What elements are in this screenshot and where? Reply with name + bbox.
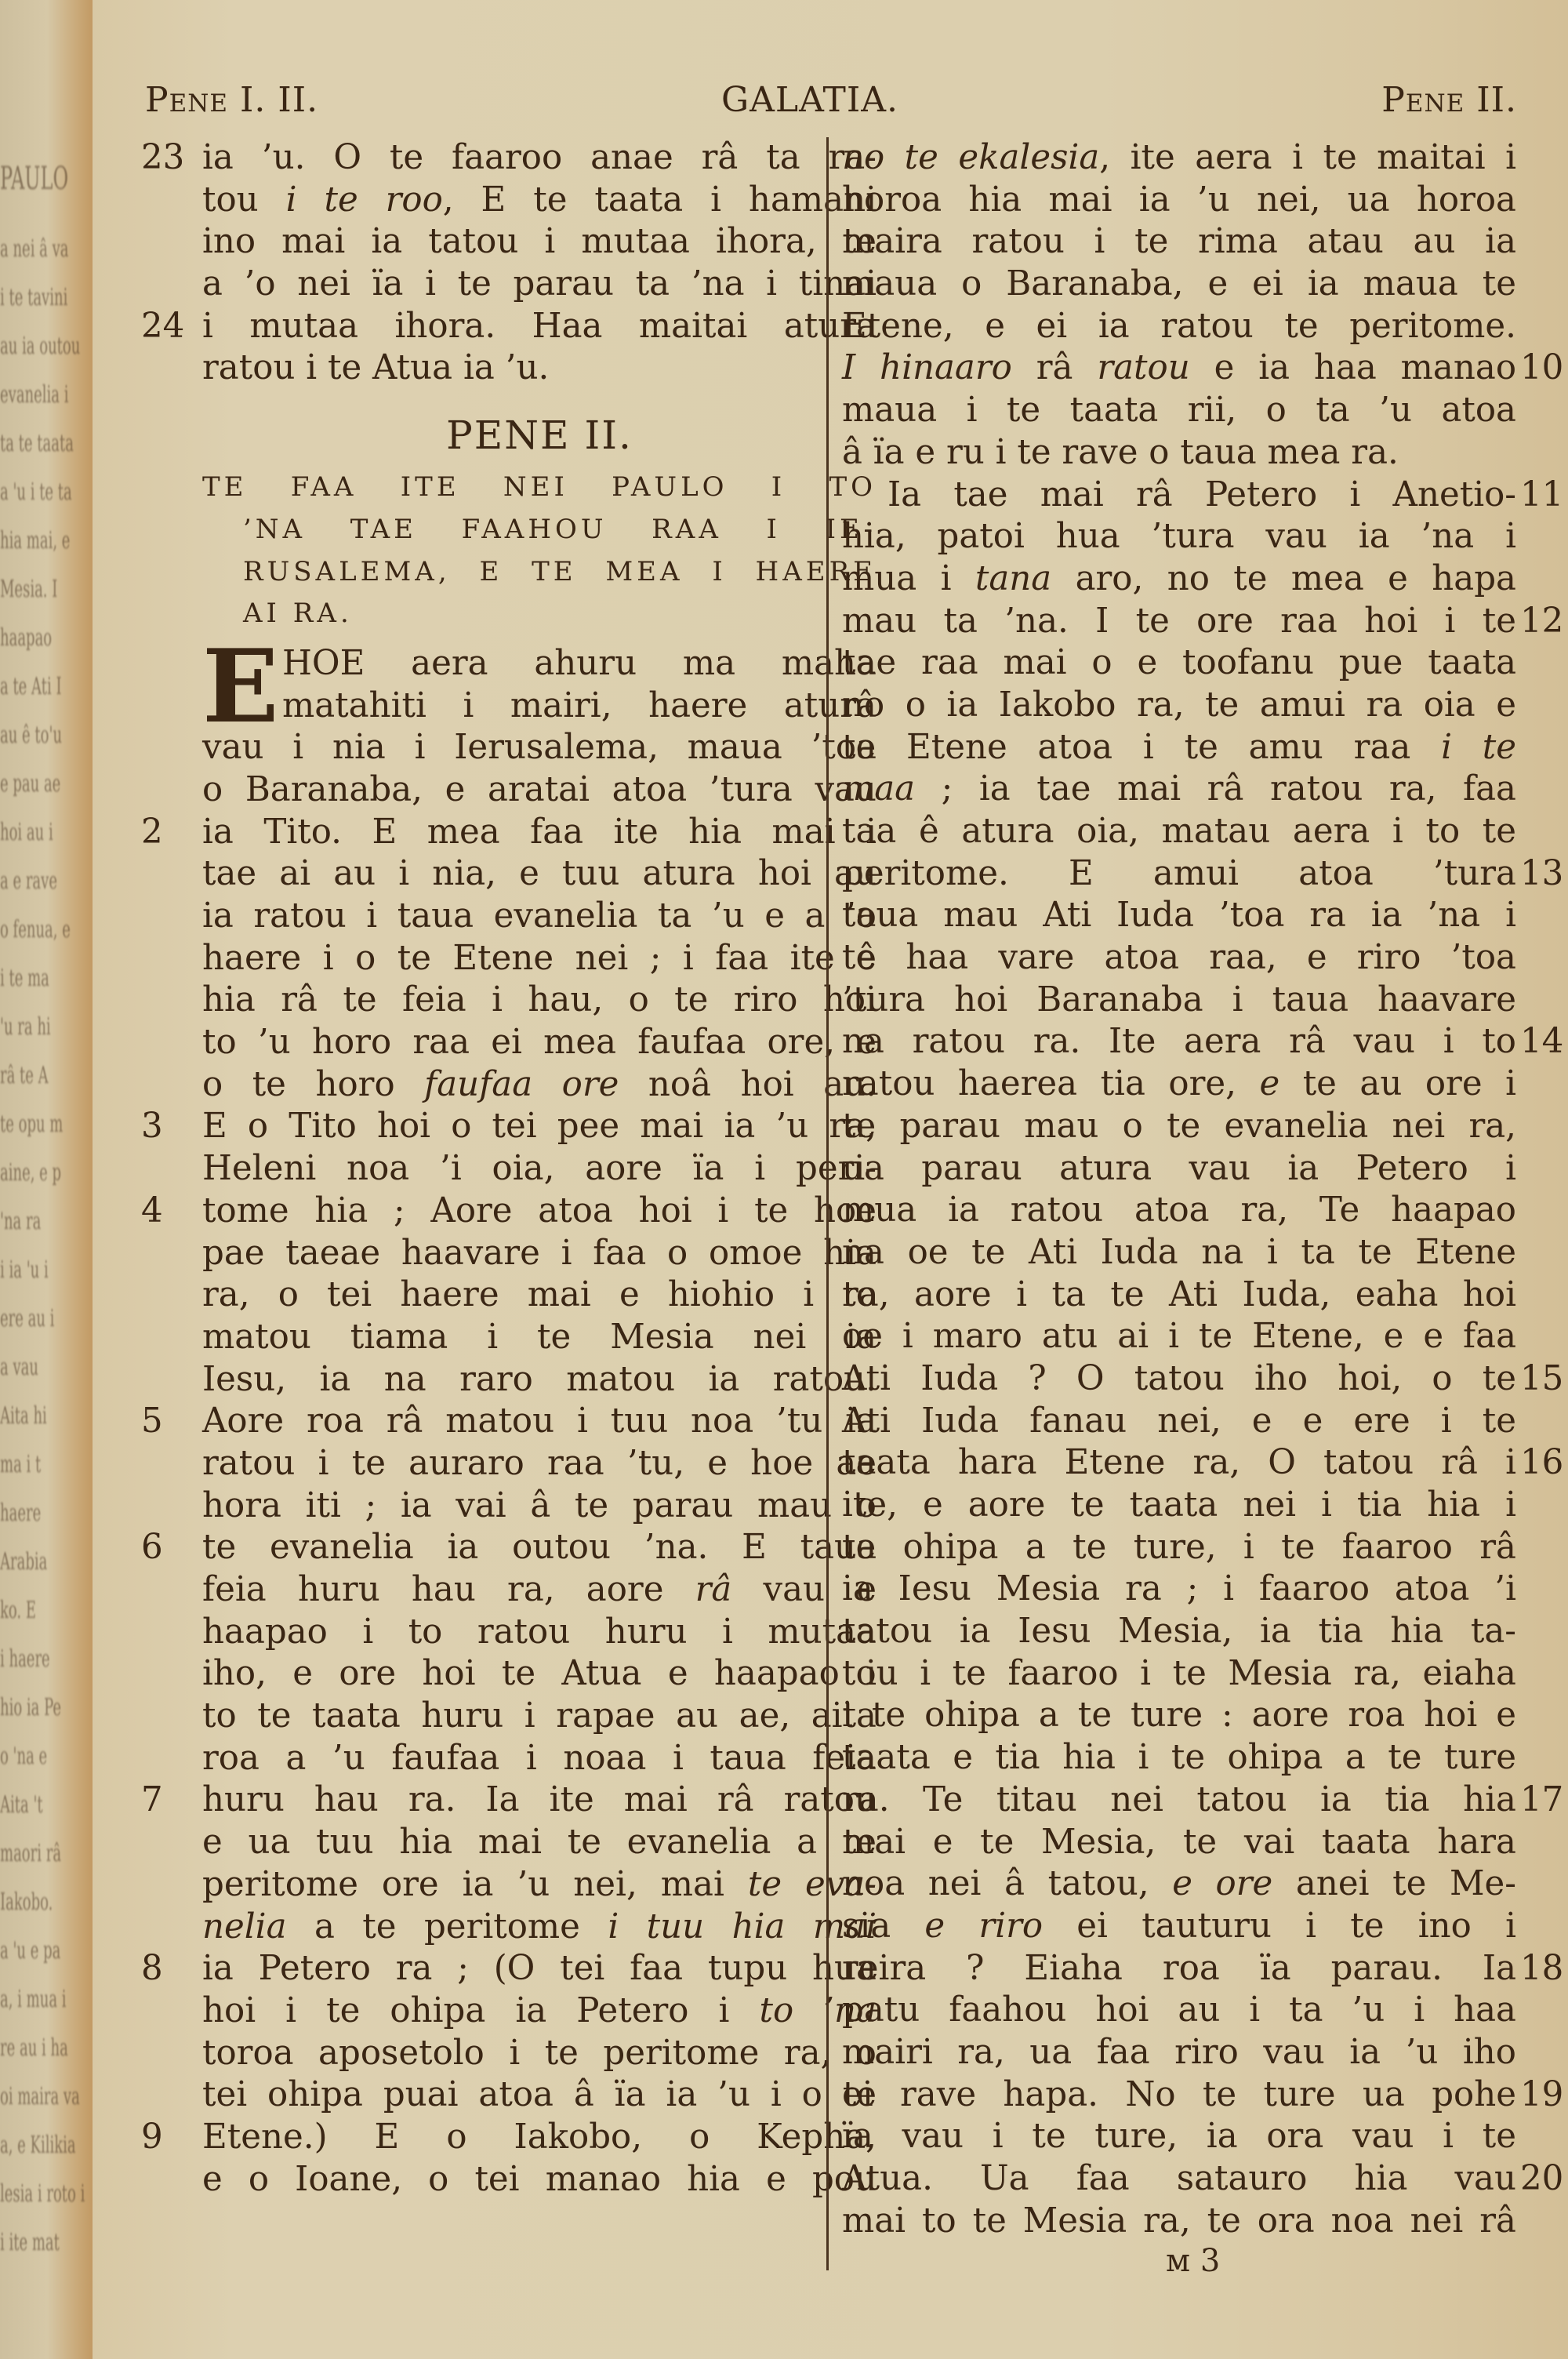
italic-text: maa [842, 769, 915, 809]
text-line: ia Iesu Mesia ra ; i faaroo atoa ’i [842, 1568, 1516, 1611]
text-line: E o Tito hoi o tei pee mai ia ’u ra,3 [202, 1106, 877, 1148]
text-line: na oe te Ati Iuda na i ta te Etene [842, 1232, 1516, 1274]
text-run: maua o Baranaba, e ei ia maua te [842, 264, 1516, 304]
text-run: râ [1012, 348, 1097, 387]
text-line: ratou i te auraro raa ’tu, e hoe ae [202, 1443, 877, 1485]
chapter-2-body-left: vau i nia i Ierusalema, maua ’toao Baran… [202, 727, 877, 2201]
italic-text: i te roo [286, 180, 443, 220]
text-line: ïa vau i te ture, ia ora vau i te [842, 2116, 1516, 2158]
verse-number: 11 [1520, 474, 1563, 517]
text-run: taata hara Etene ra, O tatou râ i [842, 1443, 1516, 1482]
text-run: anei te Me- [1272, 1864, 1516, 1903]
text-run: toroa aposetolo i te peritome ra, o [202, 2034, 877, 2073]
text-run: te ohipa a te ture, i te faaroo râ [842, 1528, 1516, 1567]
right-text-column: no te ekalesia, ite aera i te maitai iho… [842, 137, 1516, 2242]
text-run: ite, e aore te taata nei i tia hia i [842, 1485, 1516, 1525]
text-line: feia huru hau ra, aore râ vau e [202, 1569, 877, 1612]
text-run: pae taeae haavare i faa o omoe hia [202, 1234, 877, 1273]
italic-text: tana [975, 559, 1051, 598]
facing-page-text-fragment: haapao [0, 624, 52, 652]
verse-number: 17 [1520, 1779, 1563, 1822]
text-run: Atua. Ua faa satauro hia vau [842, 2159, 1516, 2198]
text-line: mai e te Mesia, te vai taata hara [842, 1822, 1516, 1864]
facing-page-text-fragment: râ te A [0, 1062, 49, 1089]
chapter-heading: PENE II. [202, 404, 877, 467]
text-run: aro, no te mea e hapa [1051, 559, 1516, 598]
text-run: Etene.) E o Iakobo, o Kepha, [202, 2117, 877, 2157]
text-line: taata hara Etene ra, O tatou râ i16 [842, 1442, 1516, 1485]
text-line: te evanelia ia outou ’na. E taua6 [202, 1527, 877, 1569]
facing-page-text-fragment: a e rave [0, 867, 57, 895]
text-line: Etene, e ei ia ratou te peritome. [842, 306, 1516, 348]
summary-line: ’NA TAE FAAHOU RAA I IE- [202, 509, 877, 551]
facing-page-text-fragment: aine, e p [0, 1159, 61, 1187]
text-run: ratou haerea tia ore, [842, 1064, 1259, 1103]
text-run: ino mai ia tatou i mutaa ihora, te [202, 222, 877, 261]
facing-page-text-fragment: oi maira va [0, 2083, 80, 2110]
text-line: haapao i to ratou huru i mutaa [202, 1612, 877, 1654]
facing-page-text-fragment: au ê to'u [0, 722, 62, 749]
text-line: i mutaa ihora. Haa maitai atura24 [202, 306, 877, 348]
text-line: hia, patoi hua ’tura vau ia ’na i [842, 516, 1516, 558]
facing-page-text-fragment: a 'u i te ta [0, 478, 72, 506]
text-line: te Etene atoa i te amu raa i te [842, 727, 1516, 769]
facing-page-text-fragment: evanelia i [0, 381, 69, 409]
left-text-column: ia ’u. O te faaroo anae râ ta ra-23tou i… [202, 137, 877, 2201]
italic-text: ratou [1097, 348, 1189, 387]
text-line: ia ratou i taua evanelia ta ’u e a ’o [202, 896, 877, 938]
facing-page-text-fragment: a nei â va [0, 235, 69, 263]
text-line: nelia a te peritome i tuu hia mai [202, 1906, 877, 1949]
text-run: o te horo [202, 1065, 424, 1104]
facing-page-text-fragment: Arabia [0, 1548, 47, 1576]
facing-page-text-fragment: a vau [0, 1354, 38, 1381]
text-run: na oe te Ati Iuda na i ta te Etene [842, 1233, 1516, 1272]
text-line: horoa hia mai ia ’u nei, ua horoa [842, 180, 1516, 222]
facing-page-text-fragment: o fenua, e [0, 916, 71, 943]
text-run: te evanelia ia outou ’na. E taua [202, 1528, 877, 1567]
text-line: noa nei â tatou, e ore anei te Me- [842, 1863, 1516, 1906]
text-run: a te peritome [287, 1907, 608, 1946]
text-line: o te horo faufaa ore noâ hoi au. [202, 1064, 877, 1107]
verse-number: 7 [141, 1779, 191, 1822]
text-line: ’tura hoi Baranaba i taua haavare [842, 980, 1516, 1022]
running-head-left: Pene I. II. [145, 80, 318, 120]
text-run: Iesu, ia na raro matou ia ratou. [202, 1360, 877, 1399]
text-run: tei ohipa puai atoa â ïa ia ’u i o te [202, 2075, 877, 2114]
text-line: sia e riro ei tauturu i te ino i [842, 1906, 1516, 1948]
text-run: , ite aera i te maitai i [1099, 138, 1516, 177]
text-line: taua mau Ati Iuda ’toa ra ia ’na i [842, 895, 1516, 937]
text-run: a ’o nei ïa i te parau ta ’na i tinai [202, 264, 877, 304]
text-line: ratou i te Atua ia ’u. [202, 347, 877, 390]
summary-line: RUSALEMA, E TE MEA I HAERE [202, 551, 877, 594]
text-line: maira ratou i te rima atau au ia [842, 221, 1516, 264]
text-run: ra. Te titau nei tatou ia tia hia [842, 1780, 1516, 1819]
facing-page-text-fragment: a te Ati I [0, 673, 62, 700]
facing-page-text-fragment: hio ia Pe [0, 1694, 61, 1721]
verse-number: 15 [1520, 1358, 1563, 1401]
text-line: Iesu, ia na raro matou ia ratou. [202, 1359, 877, 1401]
italic-text: e riro [924, 1906, 1043, 1946]
verse-number: 14 [1520, 1021, 1563, 1063]
text-line: toroa aposetolo i te peritome ra, o [202, 2033, 877, 2075]
text-line: ra, aore i ta te Ati Iuda, eaha hoi [842, 1274, 1516, 1317]
text-line: tatou ia Iesu Mesia, ia tia hia ta- [842, 1611, 1516, 1653]
text-run: e ia haa manao [1190, 348, 1516, 387]
text-run: â ïa e ru i te rave o taua mea ra. [842, 433, 1399, 472]
text-line: mua i tana aro, no te mea e hapa [842, 558, 1516, 601]
text-line: maua o Baranaba, e ei ia maua te [842, 264, 1516, 306]
text-run: hia, patoi hua ’tura vau ia ’na i [842, 517, 1516, 556]
running-head-right: Pene II. [1381, 80, 1517, 120]
text-run: no o ia Iakobo ra, te amui ra oia e [842, 685, 1516, 725]
text-line: reira ? Eiaha roa ïa parau. Ia18 [842, 1948, 1516, 1990]
text-run: to te taata huru i rapae au ae, aita [202, 1696, 877, 1736]
verse-number: 19 [1520, 2074, 1563, 2117]
facing-page-text-fragment: e pau ae [0, 770, 60, 798]
italic-text: râ [695, 1570, 732, 1609]
text-line: no te ekalesia, ite aera i te maitai i [842, 137, 1516, 180]
text-line: Ati Iuda fanau nei, e e ere i te [842, 1401, 1516, 1443]
text-line: mai to te Mesia ra, te ora noa nei râ [842, 2201, 1516, 2243]
text-line: o Baranaba, e aratai atoa ’tura vau [202, 769, 877, 812]
text-run: , E te taata i hamani [443, 180, 877, 220]
verse-number: 4 [141, 1190, 191, 1233]
text-line: ua parau atura vau ia Petero i [842, 1148, 1516, 1190]
facing-page-text-fragment: ko. E [0, 1597, 36, 1624]
text-run: tae raa mai o e toofanu pue taata [842, 643, 1516, 682]
text-run: ra, aore i ta te Ati Iuda, eaha hoi [842, 1275, 1516, 1314]
summary-line: AI RA. [202, 593, 877, 635]
text-run: te haa vare atoa raa, e riro ’toa [842, 938, 1516, 977]
text-run: ra, o tei haere mai e hiohio i to [202, 1275, 877, 1314]
facing-page-text-fragment: Mesia. I [0, 576, 57, 603]
text-line: HOE aera ahuru ma maha [202, 643, 877, 685]
text-run: tome hia ; Aore atoa hoi i te hoe [202, 1191, 877, 1230]
italic-text: e ore [1172, 1864, 1272, 1903]
text-run: e ua tuu hia mai te evanelia a te [202, 1823, 877, 1862]
verse-number: 5 [141, 1401, 191, 1443]
verse-number: 8 [141, 1948, 191, 1990]
text-line: peritome ore ia ’u nei, mai te eva- [202, 1864, 877, 1906]
text-run: ïa vau i te ture, ia ora vau i te [842, 2117, 1516, 2156]
text-run: hoi i te ohipa ia Petero i [202, 1991, 760, 2030]
text-line: ra. Te titau nei tatou ia tia hia17 [842, 1779, 1516, 1822]
text-run: to ’u horo raa ei mea faufaa ore, e [202, 1023, 877, 1062]
text-line: patu faahou hoi au i ta ’u i haa [842, 1990, 1516, 2032]
facing-page-text-fragment: Aita hi [0, 1402, 47, 1430]
text-run: Ia tae mai râ Petero i Anetio- [887, 475, 1516, 514]
facing-page-text-fragment: ere au i [0, 1305, 54, 1332]
text-run: reira ? Eiaha roa ïa parau. Ia [842, 1949, 1516, 1988]
text-line: matahiti i mairi, haere aturâ [202, 685, 877, 728]
text-run: ia ’u. O te faaroo anae râ ta ra- [202, 138, 877, 177]
text-run: noâ hoi au. [619, 1065, 877, 1104]
text-run: vau i nia i Ierusalema, maua ’toa [202, 728, 877, 767]
text-line: hora iti ; ia vai â te parau mau o [202, 1485, 877, 1528]
text-line: tae raa mai o e toofanu pue taata [842, 642, 1516, 685]
text-line: i te ohipa a te ture : aore roa hoi e [842, 1695, 1516, 1737]
text-line: ia Tito. E mea faa ite hia mai i2 [202, 812, 877, 854]
text-run: noa nei â tatou, [842, 1864, 1172, 1903]
verse-number: 20 [1520, 2158, 1563, 2201]
text-run: Ati Iuda fanau nei, e e ere i te [842, 1401, 1516, 1441]
text-run: Aore roa râ matou i tuu noa ’tu ia [202, 1401, 877, 1441]
text-line: ite, e aore te taata nei i tia hia i [842, 1485, 1516, 1527]
text-run: maira ratou i te rima atau au ia [842, 222, 1516, 261]
italic-text: nelia [202, 1907, 287, 1946]
facing-page-text-fragment: haere [0, 1499, 41, 1527]
text-run: ia Iesu Mesia ra ; i faaroo atoa ’i [842, 1569, 1516, 1608]
text-run: haere i o te Etene nei ; i faa ite ê [202, 939, 877, 978]
text-run: te Etene atoa i te amu raa [842, 728, 1441, 767]
facing-page-text-fragment: maori râ [0, 1840, 61, 1867]
italic-text: i tuu hia mai [608, 1907, 877, 1946]
text-line: roa a ’u faufaa i noaa i taua feia [202, 1738, 877, 1780]
facing-page-text-fragment: i te tavini [0, 284, 67, 311]
text-run: mua i [842, 559, 975, 598]
book-page: PAULO a nei â vai te taviniau ia outouev… [0, 0, 1568, 2359]
text-line: peritome. E amui atoa ’tura13 [842, 853, 1516, 896]
text-line: to te taata huru i rapae au ae, aita [202, 1696, 877, 1738]
text-line: hoi i te ohipa ia Petero i to ’na [202, 1990, 877, 2033]
text-run: Etene, e ei ia ratou te peritome. [842, 307, 1516, 346]
facing-page-text-fragment: a, i mua i [0, 1986, 67, 2013]
text-line: ia ’u. O te faaroo anae râ ta ra-23 [202, 137, 877, 180]
text-run: Heleni noa ’i oia, aore ïa i peri- [202, 1149, 877, 1188]
text-run: ia Tito. E mea faa ite hia mai i [202, 812, 877, 852]
text-line: â ïa e ru i te rave o taua mea ra. [842, 432, 1516, 474]
text-line: na ratou ra. Ite aera râ vau i to14 [842, 1021, 1516, 1063]
text-line: ei rave hapa. No te ture ua pohe19 [842, 2074, 1516, 2117]
text-run: tou [202, 180, 286, 220]
text-run: mairi ra, ua faa riro vau ia ’u iho [842, 2033, 1516, 2072]
italic-text: faufaa ore [424, 1065, 619, 1104]
facing-page-text-fragment: hia mai, e [0, 527, 70, 554]
chapter-2-body-right: no te ekalesia, ite aera i te maitai iho… [842, 137, 1516, 2242]
text-run: tou i te faaroo i te Mesia ra, eiaha [842, 1654, 1516, 1693]
facing-page-text-fragment: i ia 'u i [0, 1256, 49, 1284]
text-line: te ohipa a te ture, i te faaroo râ [842, 1527, 1516, 1569]
summary-line: TE FAA ITE NEI PAULO I TO [202, 467, 877, 509]
text-run: maua i te taata rii, o ta ’u atoa [842, 391, 1516, 430]
verse-number: 23 [141, 137, 191, 180]
text-line: Aore roa râ matou i tuu noa ’tu ia5 [202, 1401, 877, 1443]
text-run: ia ratou i taua evanelia ta ’u e a ’o [202, 896, 877, 936]
verse-number: 9 [141, 2117, 191, 2159]
text-run: ei rave hapa. No te ture ua pohe [842, 2075, 1516, 2114]
text-run: mau ta ’na. I te ore raa hoi i te [842, 602, 1516, 641]
text-line: mau ta ’na. I te ore raa hoi i te12 [842, 601, 1516, 643]
text-line: taata e tia hia i te ohipa a te ture [842, 1737, 1516, 1779]
text-run: taua mau Ati Iuda ’toa ra ia ’na i [842, 896, 1516, 935]
text-run: peritome ore ia ’u nei, mai [202, 1865, 748, 1904]
facing-page-text-fragment: ta te taata [0, 430, 74, 457]
text-line: Ia tae mai râ Petero i Anetio-11 [842, 474, 1516, 517]
text-line: te haa vare atoa raa, e riro ’toa [842, 937, 1516, 980]
italic-text: no te ekalesia [842, 138, 1099, 177]
text-line: tou i te roo, E te taata i hamani [202, 180, 877, 222]
facing-page-text-fragment: lesia i roto i [0, 2180, 85, 2208]
text-run: i mutaa ihora. Haa maitai atura [202, 307, 877, 346]
facing-page-text-fragment: te opu m [0, 1110, 63, 1138]
text-run: ua parau atura vau ia Petero i [842, 1149, 1516, 1188]
verse-number: 6 [141, 1527, 191, 1569]
text-run: o Baranaba, e aratai atoa ’tura vau [202, 770, 877, 809]
text-run: ia Petero ra ; (O tei faa tupu hua [202, 1949, 877, 1988]
text-run: Ati Iuda ? O tatou iho hoi, o te [842, 1359, 1516, 1398]
text-run: mai to te Mesia ra, te ora noa nei râ [842, 2201, 1516, 2241]
column-rule [826, 137, 829, 2270]
printer-signature-mark: м 3 [1166, 2243, 1220, 2279]
facing-page-text-fragment: 'u ra hi [0, 1013, 51, 1041]
text-line: tei ohipa puai atoa â ïa ia ’u i o te [202, 2074, 877, 2117]
facing-page-text-fragment: a 'u e pa [0, 1937, 60, 1965]
verse-number: 12 [1520, 601, 1563, 643]
text-run: horoa hia mai ia ’u nei, ua horoa [842, 180, 1516, 220]
text-line: mairi ra, ua faa riro vau ia ’u iho [842, 2032, 1516, 2074]
chapter-1-ending: ia ’u. O te faaroo anae râ ta ra-23tou i… [202, 137, 877, 390]
text-line: ratou haerea tia ore, e te au ore i [842, 1063, 1516, 1106]
text-run: taata e tia hia i te ohipa a te ture [842, 1738, 1516, 1777]
facing-page-running-head: PAULO [0, 161, 68, 197]
facing-page-text-fragment: Iakobo. [0, 1888, 53, 1916]
text-line: hia râ te feia i hau, o te riro hoi [202, 980, 877, 1022]
text-line: matou tiama i te Mesia nei ia [202, 1317, 877, 1359]
text-run: iho, e ore hoi te Atua e haapao i [202, 1654, 877, 1693]
text-run: ratou i te auraro raa ’tu, e hoe ae [202, 1444, 877, 1483]
text-run: feia huru hau ra, aore [202, 1570, 695, 1609]
text-run: na ratou ra. Ite aera râ vau i to [842, 1022, 1516, 1061]
text-line: tae ai au i nia, e tuu atura hoi au [202, 853, 877, 896]
text-run: hora iti ; ia vai â te parau mau o [202, 1486, 877, 1525]
text-line: te parau mau o te evanelia nei ra, [842, 1106, 1516, 1148]
running-head: Pene I. II. GALATIA. Pene II. [145, 80, 1517, 127]
text-run: mai e te Mesia, te vai taata hara [842, 1823, 1516, 1862]
opening-paragraph: E HOE aera ahuru ma maha matahiti i mair… [202, 643, 877, 727]
facing-page-text-fragment: Aita 't [0, 1791, 43, 1819]
text-line: iho, e ore hoi te Atua e haapao i [202, 1653, 877, 1696]
text-run: ’tura hoi Baranaba i taua haavare [842, 980, 1516, 1020]
text-run: ; ia tae mai râ ratou ra, faa [915, 769, 1516, 809]
text-run: ei tauturu i te ino i [1043, 1906, 1516, 1946]
text-line: Ati Iuda ? O tatou iho hoi, o te15 [842, 1358, 1516, 1401]
verse-number: 2 [141, 812, 191, 854]
verse-number: 18 [1520, 1948, 1563, 1990]
text-run: te au ore i [1279, 1064, 1516, 1103]
text-line: I hinaaro râ ratou e ia haa manao10 [842, 347, 1516, 390]
facing-page-text-fragment: hoi au i [0, 819, 53, 846]
facing-page-text-fragment: 'na ra [0, 1208, 41, 1235]
text-line: Heleni noa ’i oia, aore ïa i peri- [202, 1148, 877, 1190]
text-line: oe i maro atu ai i te Etene, e e faa [842, 1316, 1516, 1358]
verse-number: 3 [141, 1106, 191, 1148]
text-run: peritome. E amui atoa ’tura [842, 854, 1516, 893]
text-line: no o ia Iakobo ra, te amui ra oia e [842, 685, 1516, 727]
verse-number: 10 [1520, 347, 1563, 390]
text-line: maa ; ia tae mai râ ratou ra, faa [842, 769, 1516, 811]
italic-text: I hinaaro [842, 348, 1012, 387]
text-run: huru hau ra. Ia ite mai râ ratou [202, 1780, 877, 1819]
text-line: haere i o te Etene nei ; i faa ite ê [202, 938, 877, 980]
text-line: ino mai ia tatou i mutaa ihora, te [202, 221, 877, 264]
facing-page-text-fragment: o 'na e [0, 1743, 47, 1770]
running-head-book-title: GALATIA. [721, 80, 898, 120]
facing-page-text-fragment: au ia outou [0, 333, 80, 360]
text-line: to ’u horo raa ei mea faufaa ore, e [202, 1022, 877, 1064]
text-run: ratou i te Atua ia ’u. [202, 348, 549, 387]
text-run: oe i maro atu ai i te Etene, e e faa [842, 1317, 1516, 1356]
text-run: e o Ioane, o tei manao hia e pou [202, 2160, 877, 2199]
text-run: E o Tito hoi o tei pee mai ia ’u ra, [202, 1107, 877, 1146]
verse-number: 24 [141, 306, 191, 348]
text-run: tatou ia Iesu Mesia, ia tia hia ta- [842, 1612, 1516, 1651]
facing-page-gutter: PAULO a nei â vai te taviniau ia outouev… [0, 0, 93, 2359]
text-line: pae taeae haavare i faa o omoe hia [202, 1233, 877, 1275]
text-line: huru hau ra. Ia ite mai râ ratou7 [202, 1779, 877, 1822]
text-line: Atua. Ua faa satauro hia vau20 [842, 2158, 1516, 2201]
text-run: sia [842, 1906, 924, 1946]
text-line: mua ia ratou atoa ra, Te haapao [842, 1190, 1516, 1232]
facing-page-text-fragment: ma i t [0, 1451, 41, 1478]
text-run: taa ê atura oia, matau aera i to te [842, 812, 1516, 851]
text-run: i te ohipa a te ture : aore roa hoi e [842, 1696, 1516, 1735]
facing-page-text-fragment: i haere [0, 1645, 50, 1673]
facing-page-text-fragment: i ite mat [0, 2229, 60, 2256]
text-line: maua i te taata rii, o ta ’u atoa [842, 390, 1516, 432]
text-run: patu faahou hoi au i ta ’u i haa [842, 1990, 1516, 2030]
italic-text: i te [1441, 728, 1516, 767]
text-line: ra, o tei haere mai e hiohio i to [202, 1274, 877, 1317]
text-run: tae ai au i nia, e tuu atura hoi au [202, 854, 877, 893]
text-run: haapao i to ratou huru i mutaa [202, 1612, 877, 1652]
chapter-summary: TE FAA ITE NEI PAULO I TO ’NA TAE FAAHOU… [202, 467, 877, 635]
text-line: tome hia ; Aore atoa hoi i te hoe4 [202, 1190, 877, 1233]
facing-page-text-fragment: re au i ha [0, 2034, 68, 2062]
text-run: roa a ’u faufaa i noaa i taua feia [202, 1739, 877, 1778]
facing-page-text-fragment: a, e Kilikia [0, 2132, 76, 2159]
verse-number: 13 [1520, 853, 1563, 896]
text-line: ia Petero ra ; (O tei faa tupu hua8 [202, 1948, 877, 1990]
text-line: a ’o nei ïa i te parau ta ’na i tinai [202, 264, 877, 306]
text-run: matou tiama i te Mesia nei ia [202, 1318, 877, 1357]
text-run: mua ia ratou atoa ra, Te haapao [842, 1190, 1516, 1230]
text-run: hia râ te feia i hau, o te riro hoi [202, 980, 877, 1020]
text-line: e o Ioane, o tei manao hia e pou [202, 2159, 877, 2201]
facing-page-text-fragment: i te ma [0, 965, 49, 992]
verse-number: 16 [1520, 1442, 1563, 1485]
text-line: taa ê atura oia, matau aera i to te [842, 811, 1516, 853]
text-line: Etene.) E o Iakobo, o Kepha,9 [202, 2117, 877, 2159]
text-run: te parau mau o te evanelia nei ra, [842, 1107, 1516, 1146]
text-line: tou i te faaroo i te Mesia ra, eiaha [842, 1653, 1516, 1696]
text-line: e ua tuu hia mai te evanelia a te [202, 1822, 877, 1864]
text-line: vau i nia i Ierusalema, maua ’toa [202, 727, 877, 769]
italic-text: e [1259, 1064, 1279, 1103]
